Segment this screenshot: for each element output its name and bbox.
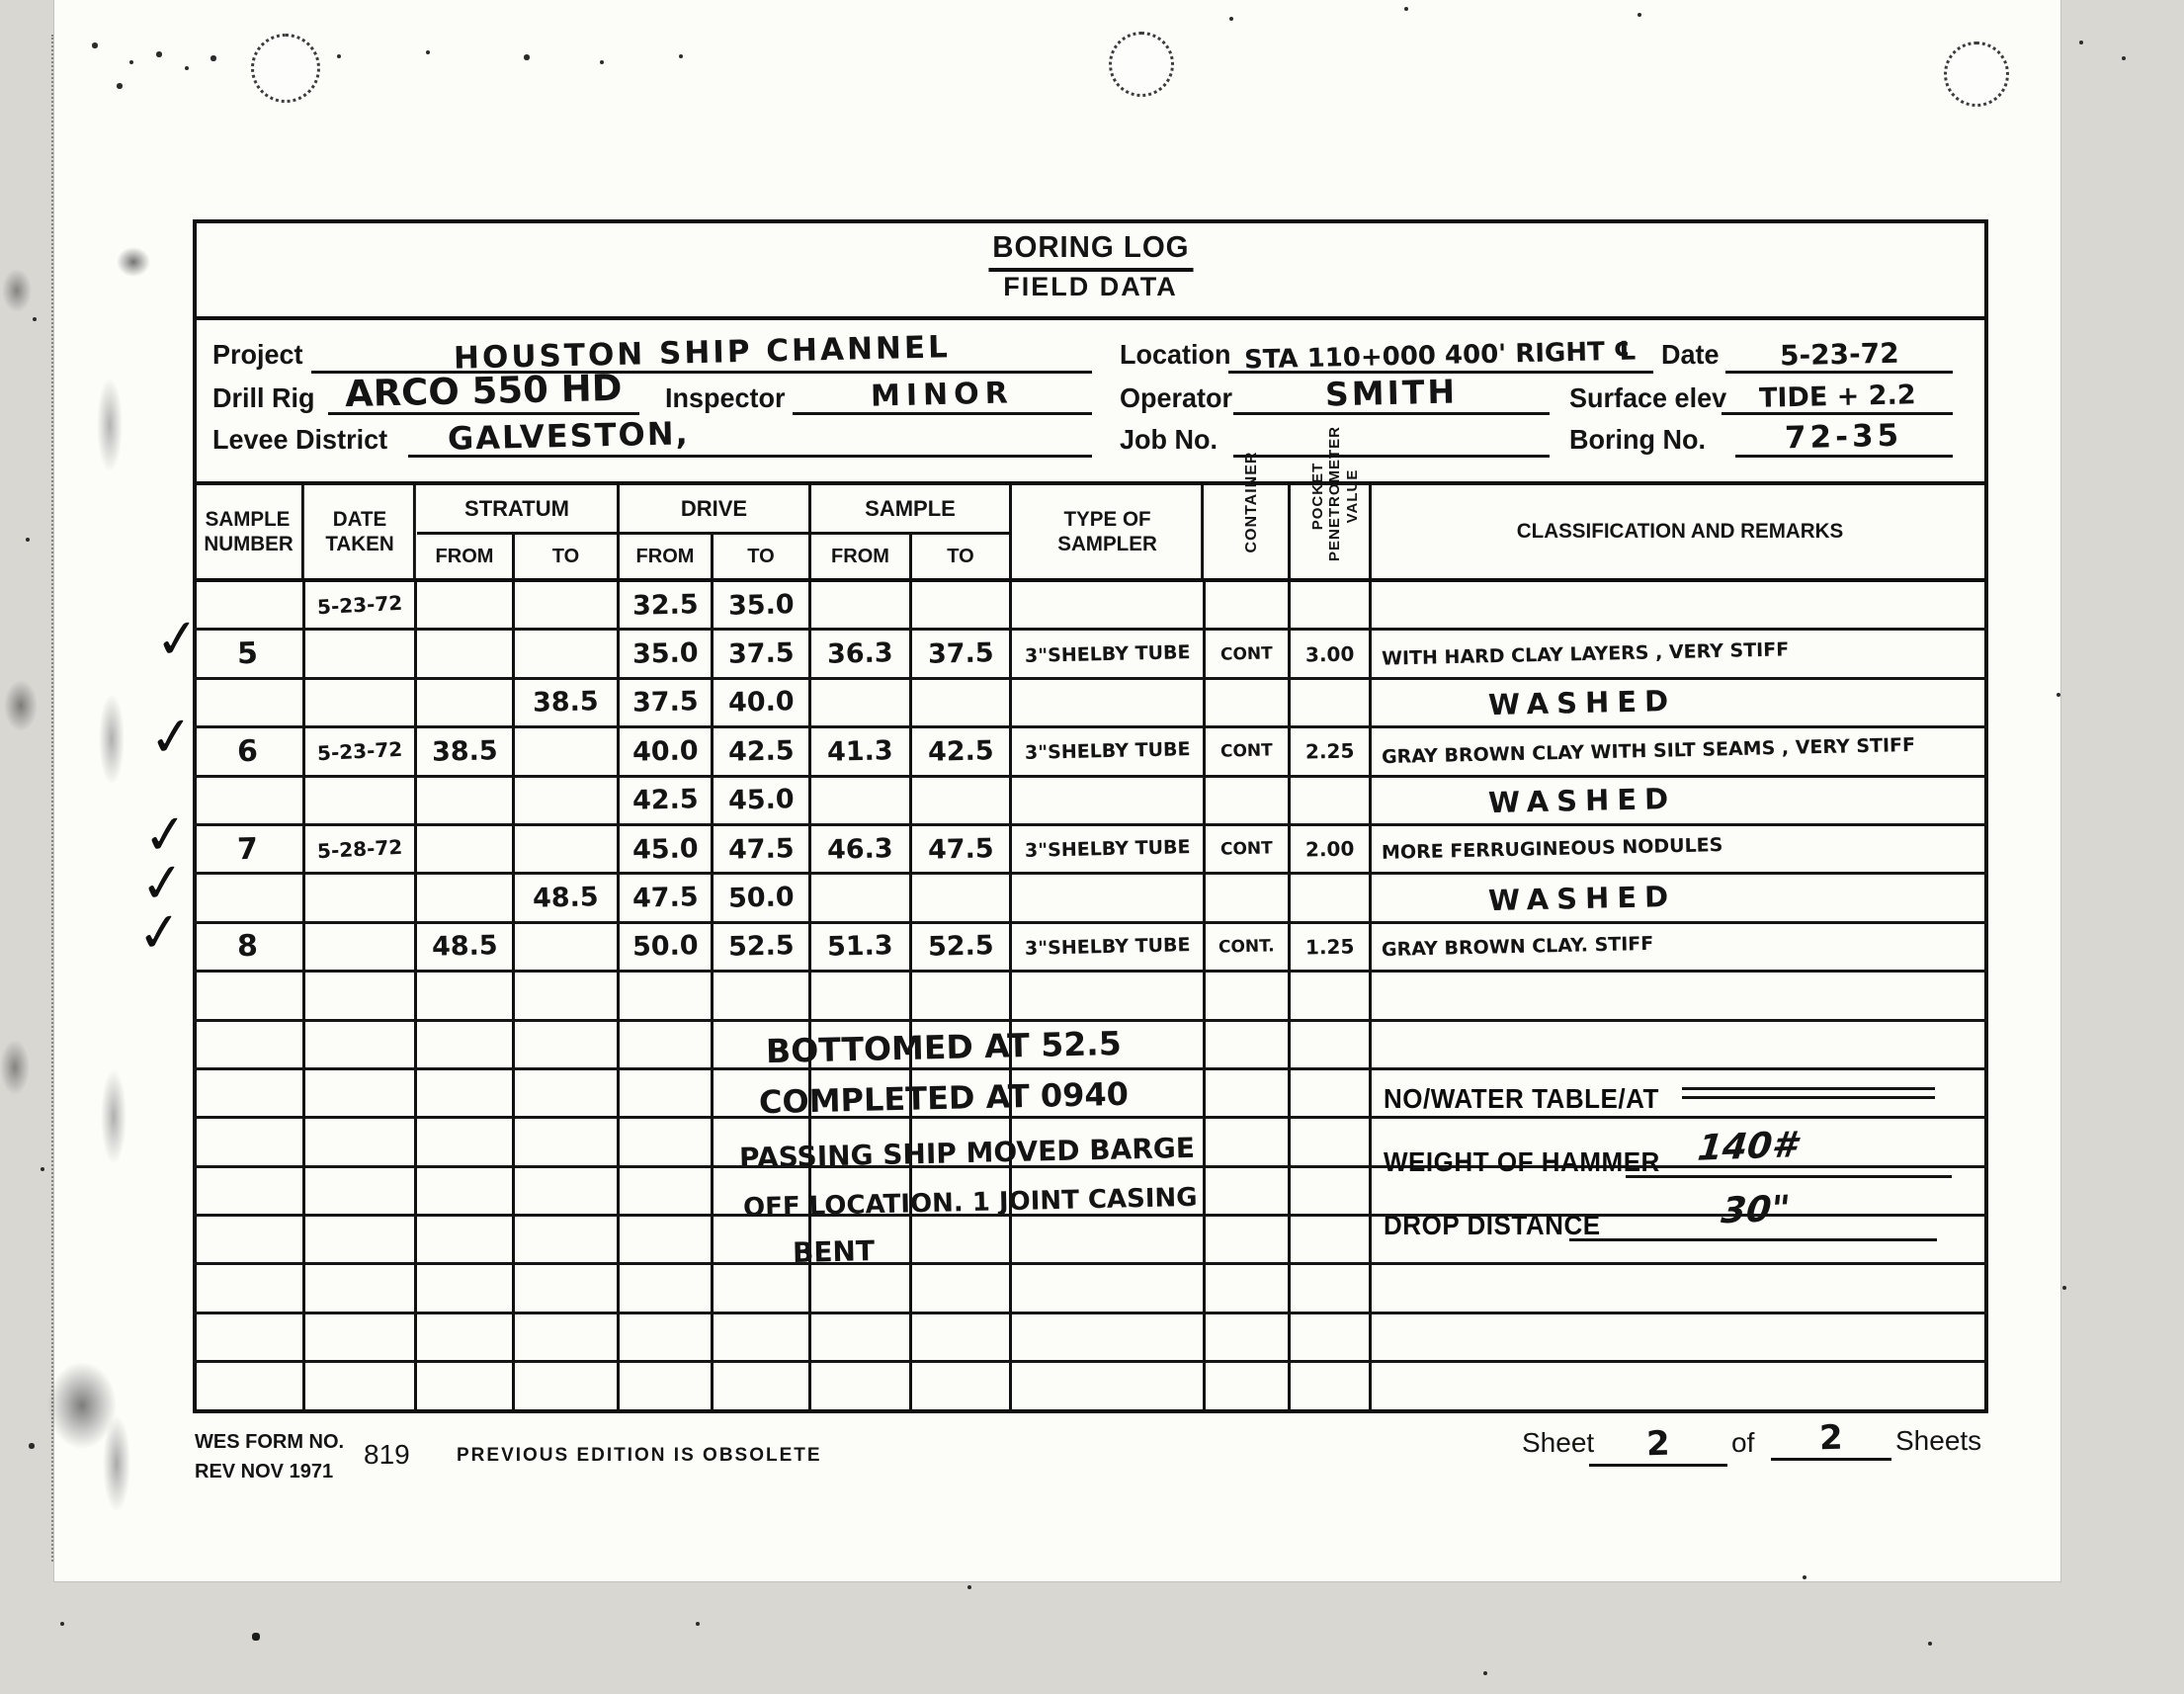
cell-r7-c6: 50.0 <box>714 875 811 923</box>
header-sample: SAMPLE <box>811 485 1009 535</box>
header-stratum-from: FROM <box>417 535 515 578</box>
cell-r9-c5 <box>620 973 714 1021</box>
cell-r3-c11 <box>1291 680 1372 728</box>
date-label: Date <box>1661 340 1720 372</box>
cell-r6-c2: 5-28-72 <box>305 826 417 875</box>
scan-smudge <box>0 1040 30 1095</box>
cell-r12-c11 <box>1291 1119 1372 1167</box>
cell-r13-c2 <box>305 1168 417 1217</box>
cell-r2-c12: WITH HARD CLAY LAYERS , VERY STIFF <box>1372 631 1988 679</box>
cell-r1-c4 <box>515 582 620 631</box>
cell-r17-c4 <box>515 1363 620 1411</box>
cell-r1-c6: 35.0 <box>714 582 811 631</box>
cell-r1-c1 <box>193 582 305 631</box>
cell-r9-c6 <box>714 973 811 1021</box>
cell-r12-c3 <box>417 1119 515 1167</box>
table-row: 535.037.536.337.53"SHELBY TUBECONT3.00WI… <box>193 631 1988 679</box>
cell-r7-c12: WASHED <box>1372 875 1988 923</box>
cell-r6-c11: 2.00 <box>1291 826 1372 875</box>
cell-r14-c8 <box>912 1217 1012 1265</box>
cell-r2-c5: 35.0 <box>620 631 714 679</box>
punch-hole <box>1944 42 2009 107</box>
table-row: 5-23-7232.535.0 <box>193 582 1988 631</box>
form-number: 819 <box>364 1439 410 1471</box>
operator-label: Operator <box>1120 383 1232 415</box>
cell-r4-c4 <box>515 728 620 777</box>
header-stratum: STRATUM <box>417 485 617 535</box>
cell-r6-c8: 47.5 <box>912 826 1012 875</box>
punch-hole <box>251 34 320 103</box>
cell-r14-c9 <box>1012 1217 1206 1265</box>
table-row: 42.545.0WASHED <box>193 778 1988 826</box>
cell-r1-c3 <box>417 582 515 631</box>
cell-r4-c6: 42.5 <box>714 728 811 777</box>
cell-r16-c11 <box>1291 1314 1372 1363</box>
cell-r16-c12 <box>1372 1314 1988 1363</box>
cell-r7-c10 <box>1206 875 1291 923</box>
scan-smudge <box>97 378 123 472</box>
cell-r7-c5: 47.5 <box>620 875 714 923</box>
table-row <box>193 1314 1988 1363</box>
cell-r1-c9 <box>1012 582 1206 631</box>
cell-r16-c7 <box>811 1314 912 1363</box>
cell-r11-c1 <box>193 1070 305 1119</box>
cell-r11-c5 <box>620 1070 714 1119</box>
cell-r7-c11 <box>1291 875 1372 923</box>
scan-smudge <box>101 1069 126 1164</box>
cell-r6-c3 <box>417 826 515 875</box>
cell-r6-c6: 47.5 <box>714 826 811 875</box>
sheet-number-field: 2 <box>1589 1423 1727 1467</box>
cell-r8-c1: 8 <box>193 924 305 973</box>
cell-r4-c8: 42.5 <box>912 728 1012 777</box>
cell-r9-c4 <box>515 973 620 1021</box>
form-number-caption-2: REV NOV 1971 <box>195 1461 333 1483</box>
surface-elev-label: Surface elev <box>1569 383 1726 415</box>
cell-r16-c6 <box>714 1314 811 1363</box>
cell-r10-c11 <box>1291 1022 1372 1070</box>
header-sample-group: SAMPLE FROM TO <box>811 485 1012 578</box>
scan-smudge <box>2 269 32 312</box>
header-sample-number: SAMPLE NUMBER <box>194 485 304 578</box>
cell-r6-c9: 3"SHELBY TUBE <box>1012 826 1206 875</box>
sample-checkmark: ✓ <box>146 709 197 766</box>
cell-r7-c3 <box>417 875 515 923</box>
cell-r14-c10 <box>1206 1217 1291 1265</box>
cell-r10-c3 <box>417 1022 515 1070</box>
cell-r16-c5 <box>620 1314 714 1363</box>
header-stratum-group: STRATUM FROM TO <box>417 485 620 578</box>
cell-r5-c5: 42.5 <box>620 778 714 826</box>
container-vertical-label: CONTAINER <box>1243 428 1261 576</box>
cell-r14-c11 <box>1291 1217 1372 1265</box>
cell-r8-c8: 52.5 <box>912 924 1012 973</box>
cell-r6-c5: 45.0 <box>620 826 714 875</box>
water-table-line <box>1682 1087 1935 1099</box>
cell-r9-c1 <box>193 973 305 1021</box>
cell-r10-c1 <box>193 1022 305 1070</box>
form-title: BORING LOG <box>988 229 1193 272</box>
boring-no-field: 72-35 <box>1735 405 1953 458</box>
cell-r3-c12: WASHED <box>1372 680 1988 728</box>
cell-r12-c2 <box>305 1119 417 1167</box>
table-row: 848.550.052.551.352.53"SHELBY TUBECONT.1… <box>193 924 1988 973</box>
cell-r1-c7 <box>811 582 912 631</box>
cell-r6-c1: 7 <box>193 826 305 875</box>
cell-r13-c1 <box>193 1168 305 1217</box>
cell-r3-c2 <box>305 680 417 728</box>
cell-r7-c7 <box>811 875 912 923</box>
scan-smudge <box>103 1415 130 1512</box>
weight-of-hammer-stamp: WEIGHT OF HAMMER <box>1384 1146 1660 1178</box>
cell-r14-c2 <box>305 1217 417 1265</box>
cell-r9-c12 <box>1372 973 1988 1021</box>
table-row <box>193 1265 1988 1313</box>
cell-r17-c7 <box>811 1363 912 1411</box>
cell-r16-c1 <box>193 1314 305 1363</box>
form-number-caption-1: WES FORM NO. <box>195 1431 344 1454</box>
cell-r6-c7: 46.3 <box>811 826 912 875</box>
scan-smudge <box>4 680 38 731</box>
cell-r9-c10 <box>1206 973 1291 1021</box>
cell-r3-c4: 38.5 <box>515 680 620 728</box>
cell-r10-c4 <box>515 1022 620 1070</box>
cell-r17-c10 <box>1206 1363 1291 1411</box>
cell-r5-c10 <box>1206 778 1291 826</box>
cell-r8-c7: 51.3 <box>811 924 912 973</box>
cell-r15-c5 <box>620 1265 714 1313</box>
cell-r4-c11: 2.25 <box>1291 728 1372 777</box>
cell-r6-c10: CONT <box>1206 826 1291 875</box>
job-no-label: Job No. <box>1120 425 1218 457</box>
cell-r4-c7: 41.3 <box>811 728 912 777</box>
cell-r9-c8 <box>912 973 1012 1021</box>
job-no-field <box>1233 413 1550 458</box>
cell-r8-c6: 52.5 <box>714 924 811 973</box>
cell-r3-c8 <box>912 680 1012 728</box>
cell-r15-c11 <box>1291 1265 1372 1313</box>
cell-r4-c10: CONT <box>1206 728 1291 777</box>
cell-r5-c3 <box>417 778 515 826</box>
cell-r17-c6 <box>714 1363 811 1411</box>
header-date-taken: DATE TAKEN <box>306 485 416 578</box>
of-label: of <box>1731 1427 1754 1459</box>
form-title-block: BORING LOG FIELD DATA <box>193 229 1988 302</box>
cell-r10-c2 <box>305 1022 417 1070</box>
cell-r3-c1 <box>193 680 305 728</box>
cell-r15-c2 <box>305 1265 417 1313</box>
cell-r4-c2: 5-23-72 <box>305 728 417 777</box>
cell-r2-c7: 36.3 <box>811 631 912 679</box>
table-row: 75-28-7245.047.546.347.53"SHELBY TUBECON… <box>193 826 1988 875</box>
cell-r15-c8 <box>912 1265 1012 1313</box>
header-drive-group: DRIVE FROM TO <box>620 485 811 578</box>
cell-r16-c9 <box>1012 1314 1206 1363</box>
cell-r9-c3 <box>417 973 515 1021</box>
cell-r6-c4 <box>515 826 620 875</box>
cell-r5-c6: 45.0 <box>714 778 811 826</box>
cell-r16-c8 <box>912 1314 1012 1363</box>
cell-r7-c8 <box>912 875 1012 923</box>
cell-r15-c9 <box>1012 1265 1206 1313</box>
cell-r14-c4 <box>515 1217 620 1265</box>
cell-r2-c4 <box>515 631 620 679</box>
cell-r5-c4 <box>515 778 620 826</box>
boring-table-body: 5-23-7232.535.0535.037.536.337.53"SHELBY… <box>193 582 1988 1412</box>
header-drive-from: FROM <box>620 535 714 578</box>
cell-r1-c10 <box>1206 582 1291 631</box>
scan-noise-specks <box>0 0 2 2</box>
cell-r15-c10 <box>1206 1265 1291 1313</box>
cell-r17-c11 <box>1291 1363 1372 1411</box>
cell-r3-c6: 40.0 <box>714 680 811 728</box>
table-row: 38.537.540.0WASHED <box>193 680 1988 728</box>
cell-r17-c5 <box>620 1363 714 1411</box>
cell-r4-c3: 38.5 <box>417 728 515 777</box>
cell-r3-c10 <box>1206 680 1291 728</box>
cell-r15-c6 <box>714 1265 811 1313</box>
cell-r16-c10 <box>1206 1314 1291 1363</box>
scan-smudge <box>99 694 125 785</box>
cell-r11-c2 <box>305 1070 417 1119</box>
cell-r2-c2 <box>305 631 417 679</box>
note-passing-ship: PASSING SHIP MOVED BARGE <box>739 1137 1195 1169</box>
cell-r5-c12: WASHED <box>1372 778 1988 826</box>
table-header: SAMPLE NUMBER DATE TAKEN STRATUM FROM TO… <box>193 485 1988 582</box>
cell-r2-c1: 5 <box>193 631 305 679</box>
cell-r16-c3 <box>417 1314 515 1363</box>
cell-r8-c2 <box>305 924 417 973</box>
cell-r1-c8 <box>912 582 1012 631</box>
cell-r6-c12: MORE FERRUGINEOUS NODULES <box>1372 826 1988 875</box>
sample-checkmark: ✓ <box>134 904 185 962</box>
cell-r2-c6: 37.5 <box>714 631 811 679</box>
cell-r9-c11 <box>1291 973 1372 1021</box>
table-row <box>193 1363 1988 1411</box>
header-drive: DRIVE <box>620 485 808 535</box>
operator-field: SMITH <box>1233 360 1550 415</box>
sheet-label: Sheet <box>1522 1427 1594 1459</box>
note-completed: COMPLETED AT 0940 <box>759 1079 1129 1117</box>
cell-r11-c4 <box>515 1070 620 1119</box>
form-subtitle: FIELD DATA <box>1003 272 1177 301</box>
sheets-total-field: 2 <box>1771 1417 1891 1461</box>
table-row: 48.547.550.0WASHED <box>193 875 1988 923</box>
drop-distance-line <box>1569 1210 1937 1241</box>
note-bent: BENT <box>793 1235 875 1268</box>
note-bottomed: BOTTOMED AT 52.5 <box>766 1028 1122 1066</box>
cell-r16-c2 <box>305 1314 417 1363</box>
cell-r8-c3: 48.5 <box>417 924 515 973</box>
header-stratum-to: TO <box>515 535 617 578</box>
boring-no-label: Boring No. <box>1569 425 1706 457</box>
cell-r10-c10 <box>1206 1022 1291 1070</box>
cell-r17-c12 <box>1372 1363 1988 1411</box>
cell-r12-c5 <box>620 1119 714 1167</box>
weight-of-hammer-line <box>1626 1146 1952 1178</box>
note-off-location: OFF LOCATION. 1 JOINT CASING <box>743 1188 1198 1218</box>
table-row: 65-23-7238.540.042.541.342.53"SHELBY TUB… <box>193 728 1988 777</box>
levee-district-value: GALVESTON, <box>448 414 690 458</box>
punch-hole <box>1109 32 1174 97</box>
cell-r12-c4 <box>515 1119 620 1167</box>
obsolete-note: PREVIOUS EDITION IS OBSOLETE <box>457 1445 822 1467</box>
boring-no-value: 72-35 <box>1785 418 1903 457</box>
cell-r9-c9 <box>1012 973 1206 1021</box>
cell-r9-c2 <box>305 973 417 1021</box>
sheet-number: 2 <box>1646 1424 1671 1465</box>
cell-r7-c4: 48.5 <box>515 875 620 923</box>
cell-r17-c3 <box>417 1363 515 1411</box>
cell-r14-c5 <box>620 1217 714 1265</box>
cell-r15-c7 <box>811 1265 912 1313</box>
levee-district-label: Levee District <box>212 425 387 457</box>
cell-r7-c2 <box>305 875 417 923</box>
header-type-of-sampler: TYPE OF SAMPLER <box>1014 485 1204 578</box>
cell-r2-c8: 37.5 <box>912 631 1012 679</box>
cell-r5-c7 <box>811 778 912 826</box>
cell-r8-c9: 3"SHELBY TUBE <box>1012 924 1206 973</box>
cell-r13-c10 <box>1206 1168 1291 1217</box>
table-row <box>193 973 1988 1021</box>
header-sample-to: TO <box>912 535 1009 578</box>
cell-r8-c4 <box>515 924 620 973</box>
cell-r2-c10: CONT <box>1206 631 1291 679</box>
cell-r15-c1 <box>193 1265 305 1313</box>
scanned-page: BORING LOG FIELD DATA Project HOUSTON SH… <box>0 0 2184 1694</box>
cell-r12-c10 <box>1206 1119 1291 1167</box>
cell-r12-c1 <box>193 1119 305 1167</box>
cell-r15-c4 <box>515 1265 620 1313</box>
cell-r3-c5: 37.5 <box>620 680 714 728</box>
cell-r4-c5: 40.0 <box>620 728 714 777</box>
drill-rig-label: Drill Rig <box>212 383 315 415</box>
cell-r4-c1: 6 <box>193 728 305 777</box>
cell-r13-c5 <box>620 1168 714 1217</box>
water-table-stamp: NO/WATER TABLE/AT <box>1384 1083 1659 1115</box>
cell-r11-c11 <box>1291 1070 1372 1119</box>
sample-checkmark: ✓ <box>152 611 203 668</box>
cell-r14-c1 <box>193 1217 305 1265</box>
drop-distance-stamp: DROP DISTANCE <box>1384 1210 1601 1241</box>
cell-r17-c9 <box>1012 1363 1206 1411</box>
cell-r2-c11: 3.00 <box>1291 631 1372 679</box>
cell-r17-c1 <box>193 1363 305 1411</box>
pocket-penetrometer-vertical-label: POCKET PENETROMETER VALUE <box>1309 431 1361 561</box>
operator-value: SMITH <box>1325 372 1459 413</box>
scan-fold-line <box>51 35 53 1562</box>
cell-r3-c9 <box>1012 680 1206 728</box>
cell-r4-c12: GRAY BROWN CLAY WITH SILT SEAMS , VERY S… <box>1372 728 1988 777</box>
cell-r13-c11 <box>1291 1168 1372 1217</box>
cell-r8-c10: CONT. <box>1206 924 1291 973</box>
cell-r15-c12 <box>1372 1265 1988 1313</box>
header-drive-to: TO <box>714 535 808 578</box>
cell-r5-c8 <box>912 778 1012 826</box>
cell-r3-c7 <box>811 680 912 728</box>
cell-r5-c2 <box>305 778 417 826</box>
cell-r8-c5: 50.0 <box>620 924 714 973</box>
cell-r17-c2 <box>305 1363 417 1411</box>
sheets-label: Sheets <box>1895 1425 1981 1457</box>
boring-log-table: SAMPLE NUMBER DATE TAKEN STRATUM FROM TO… <box>193 481 1988 1412</box>
cell-r13-c4 <box>515 1168 620 1217</box>
cell-r5-c9 <box>1012 778 1206 826</box>
sheets-total: 2 <box>1819 1418 1844 1459</box>
cell-r7-c9 <box>1012 875 1206 923</box>
cell-r2-c9: 3"SHELBY TUBE <box>1012 631 1206 679</box>
cell-r1-c11 <box>1291 582 1372 631</box>
project-label: Project <box>212 340 303 372</box>
cell-r1-c2: 5-23-72 <box>305 582 417 631</box>
cell-r8-c11: 1.25 <box>1291 924 1372 973</box>
cell-r1-c12 <box>1372 582 1988 631</box>
cell-r3-c3 <box>417 680 515 728</box>
cell-r17-c8 <box>912 1363 1012 1411</box>
levee-district-field: GALVESTON, <box>408 403 1092 458</box>
cell-r7-c1 <box>193 875 305 923</box>
title-divider <box>193 316 1988 320</box>
cell-r5-c1 <box>193 778 305 826</box>
cell-r5-c11 <box>1291 778 1372 826</box>
cell-r14-c3 <box>417 1217 515 1265</box>
cell-r8-c12: GRAY BROWN CLAY. STIFF <box>1372 924 1988 973</box>
cell-r1-c5: 32.5 <box>620 582 714 631</box>
cell-r16-c4 <box>515 1314 620 1363</box>
cell-r15-c3 <box>417 1265 515 1313</box>
scan-smudge <box>117 247 150 277</box>
location-label: Location <box>1120 340 1231 372</box>
cell-r10-c12 <box>1372 1022 1988 1070</box>
cell-r11-c3 <box>417 1070 515 1119</box>
cell-r2-c3 <box>417 631 515 679</box>
cell-r11-c10 <box>1206 1070 1291 1119</box>
header-sample-from: FROM <box>811 535 912 578</box>
cell-r9-c7 <box>811 973 912 1021</box>
cell-r13-c3 <box>417 1168 515 1217</box>
header-classification: CLASSIFICATION AND REMARKS <box>1378 485 1982 578</box>
cell-r4-c9: 3"SHELBY TUBE <box>1012 728 1206 777</box>
cell-r10-c5 <box>620 1022 714 1070</box>
